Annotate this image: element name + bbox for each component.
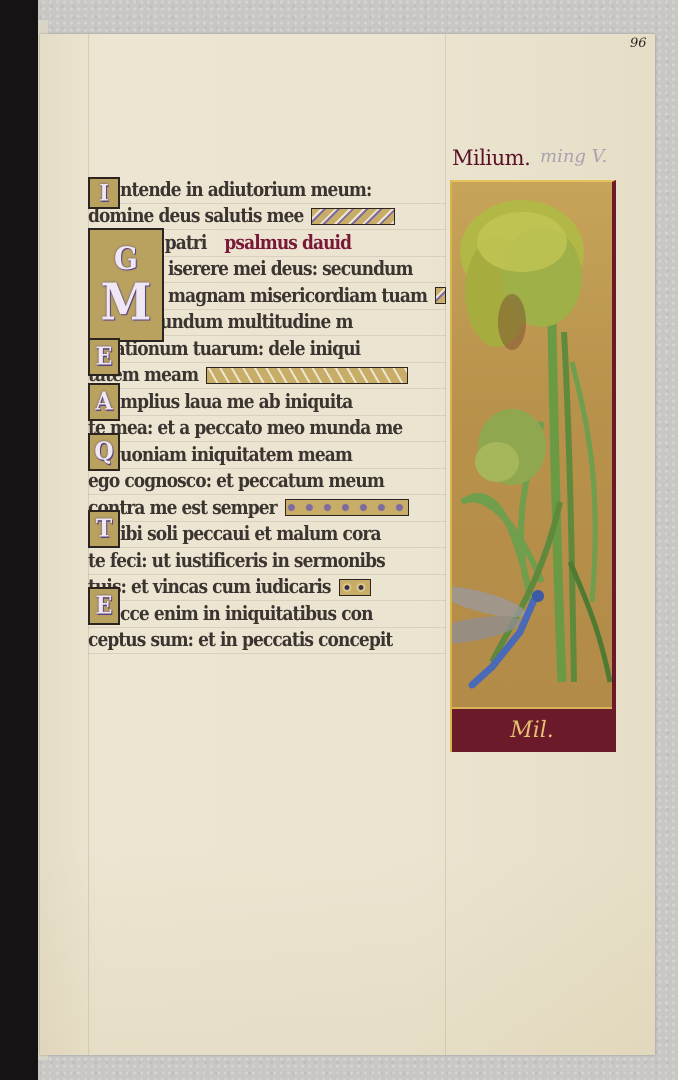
initial-A: A: [88, 383, 120, 421]
line-filler-dots: [339, 579, 371, 596]
text-line: te mea: et a peccato meo munda me: [88, 416, 446, 443]
text-line: te feci: ut iustificeris in sermonibs: [88, 548, 446, 575]
text-line: ibi soli peccaui et malum cora: [88, 522, 446, 549]
text-line: mplius laua me ab iniquita: [88, 389, 446, 416]
plant-caption: Mil.: [510, 718, 554, 743]
text-line: tuis: et vincas cum iudicaris: [88, 575, 446, 602]
rubric: psalmus dauid: [224, 231, 351, 254]
text-line: domine deus salutis mee: [88, 204, 446, 231]
text-line: uoniam iniquitatem meam: [88, 442, 446, 469]
botanical-illustration: Mil.: [450, 180, 616, 752]
line-filler-foliate: [285, 499, 409, 516]
initial-Q: Q: [88, 433, 120, 471]
text-line: ntende in adiutorium meum:: [88, 177, 446, 204]
line-filler-zigzag: [206, 367, 408, 384]
text-line: cce enim in iniquitatibus con: [88, 601, 446, 628]
text-line: tatem meam: [88, 363, 446, 390]
text-line: ego cognosco: et peccatum meum: [88, 469, 446, 496]
initial-G-M: GM: [88, 228, 164, 342]
text-line: ceptus sum: et in peccatis concepit: [88, 628, 446, 655]
millet-plant-icon: [452, 182, 612, 712]
text-column: ntende in adiutorium meum: domine deus s…: [88, 177, 446, 654]
caption-box: Mil.: [452, 707, 612, 752]
plant-heading-annotation: ming V.: [540, 146, 607, 167]
initial-E2: E: [88, 587, 120, 625]
folio-number: 96: [630, 36, 647, 51]
initial-I: I: [88, 177, 120, 209]
plant-heading: Milium.: [452, 146, 530, 170]
book-binding: [0, 0, 38, 1080]
initial-E: E: [88, 338, 120, 376]
text-line: contra me est semper: [88, 495, 446, 522]
line-filler-lozenge: [311, 208, 395, 225]
initial-T: T: [88, 510, 120, 548]
line-filler-small: [435, 287, 446, 304]
